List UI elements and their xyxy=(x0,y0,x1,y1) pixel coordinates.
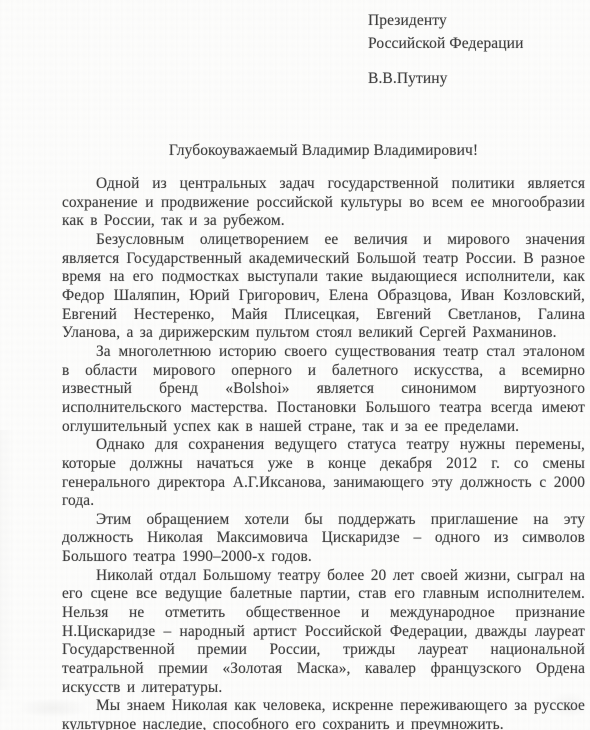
body-paragraph: Этим обращением хотели бы поддержать при… xyxy=(62,511,585,567)
scanned-letter-page: Президенту Российской Федерации В.В.Пути… xyxy=(0,0,590,730)
body-paragraph: Одной из центральных задач государственн… xyxy=(62,175,585,231)
recipient-line-1: Президенту xyxy=(368,10,523,33)
scan-smudge-left xyxy=(0,430,14,690)
addressee-name: В.В.Путину xyxy=(368,68,523,91)
letter-body: Одной из центральных задач государственн… xyxy=(62,175,585,730)
body-paragraph: Безусловным олицетворением ее величия и … xyxy=(62,231,585,343)
recipient-line-2: Российской Федерации xyxy=(368,33,523,56)
body-paragraph: Николай отдал Большому театру более 20 л… xyxy=(62,567,585,698)
body-paragraph: Однако для сохранения ведущего статуса т… xyxy=(62,436,585,511)
body-paragraph: Мы знаем Николая как человека, искренне … xyxy=(62,697,585,730)
recipient-block: Президенту Российской Федерации В.В.Пути… xyxy=(368,10,523,91)
body-paragraph: За многолетнюю историю своего существова… xyxy=(62,343,585,436)
salutation: Глубокоуважаемый Владимир Владимирович! xyxy=(62,142,585,160)
